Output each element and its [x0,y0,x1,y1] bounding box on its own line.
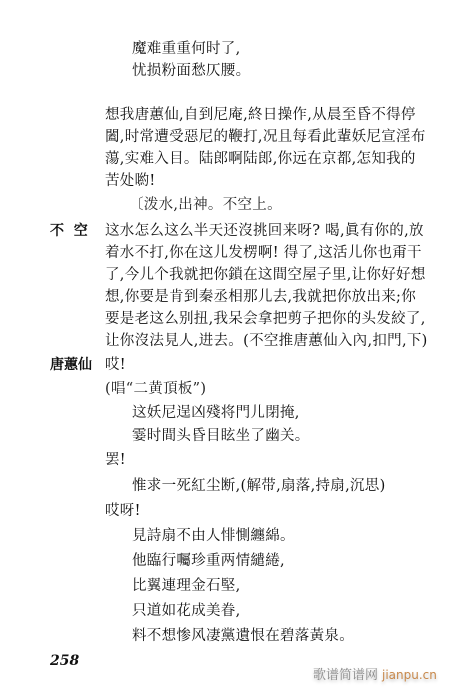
text-line: 哎! [105,356,126,374]
text-line: 只道如花成美眷, [132,602,241,620]
text-line: 要是老这么别扭,我呆会拿把剪子把你的头发絞了, [105,310,426,328]
watermark-site-name: 歌谱简谱网 [313,668,378,683]
text-line: 让你沒法見人,进去。(不空推唐蕙仙入內,扣門,下) [105,332,428,350]
text-line: 〔泼水,出神。不空上。 [129,196,282,214]
text-line: 罢! [105,451,126,469]
text-line: 比翼連理金石堅, [132,577,241,595]
text-line: 这妖尼逞凶殘将門儿閉掩, [132,404,300,422]
text-line: 惟求一死紅尘断,(解带,扇落,持扇,沉思) [132,477,386,495]
text-line: 闔,时常遭受惡尼的鞭打,况且每看此輩妖尼宣淫布 [105,128,426,146]
text-line: 想我唐蕙仙,自到尼庵,終日操作,从晨至昏不得停 [105,106,416,124]
speaker-name: 不 空 [50,222,88,240]
text-line: 忧损粉面愁仄腰。 [132,62,250,80]
text-line: 了,今儿个我就把你鎖在这間空屋子里,让你好好想 [105,266,426,284]
text-line: 料不想惨风凄黨遺恨在碧落黃泉。 [132,627,354,645]
text-line: 着水不打,你在这儿发楞啊! 得了,这活儿你也甭干 [105,244,422,262]
text-line: 霎时間头昏目眩坐了幽关。 [132,427,310,445]
document-page: 魔难重重何时了,忧损粉面愁仄腰。想我唐蕙仙,自到尼庵,終日操作,从晨至昏不得停闔… [0,0,463,690]
text-line: 苦处喲! [105,172,156,190]
text-line: 魔难重重何时了, [132,40,241,58]
watermark-url: jianpu.cn [382,668,437,682]
text-line: (唱“二黄頂板”) [105,380,206,398]
text-line: 見詩扇不由人悱惻纏綿。 [132,527,295,545]
text-line: 他臨行囑珍重两情繾綣, [132,552,285,570]
text-line: 想,你要是肯到秦丞相那儿去,我就把你放出来;你 [105,288,416,306]
text-line: 哎呀! [105,502,141,520]
page-number: 258 [50,653,79,669]
site-watermark: 歌谱简谱网jianpu.cn [313,664,437,683]
text-line: 这水怎么这么半天还沒挑回来呀? 喝,眞有你的,放 [105,222,424,240]
text-line: 蕩,实难入目。陆郎啊陆郎,你远在京都,怎知我的 [105,150,416,168]
speaker-name: 唐蕙仙 [50,356,92,374]
